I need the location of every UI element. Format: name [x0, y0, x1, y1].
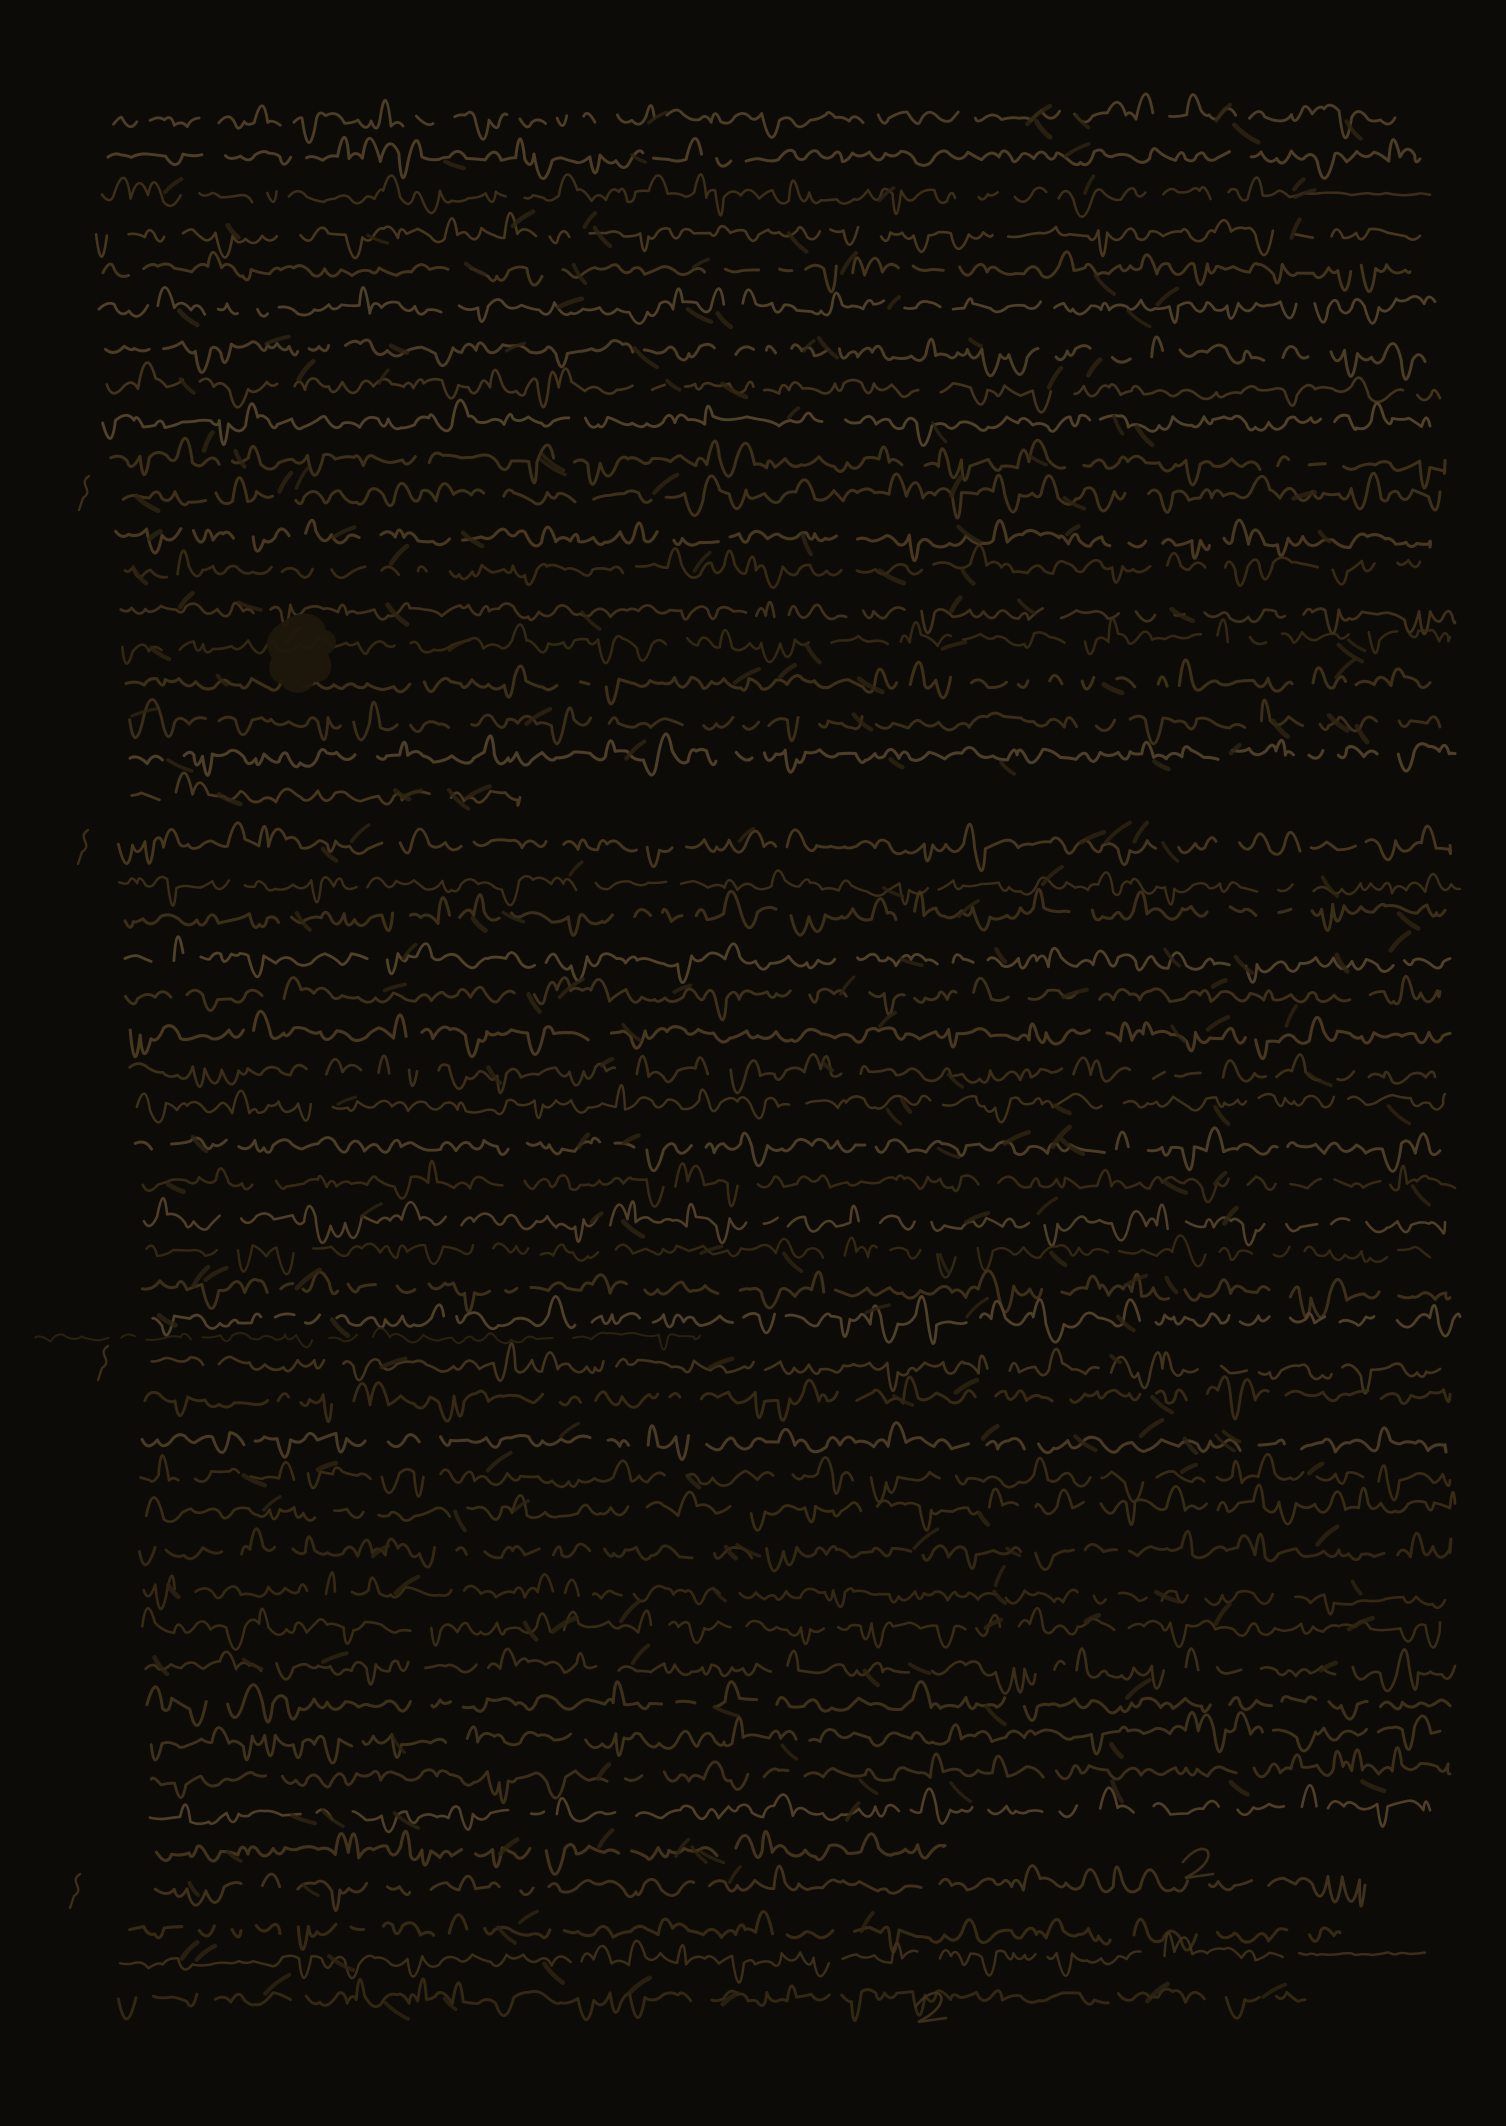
manuscript-scan — [0, 0, 1506, 2126]
manuscript-page-svg — [0, 0, 1506, 2126]
